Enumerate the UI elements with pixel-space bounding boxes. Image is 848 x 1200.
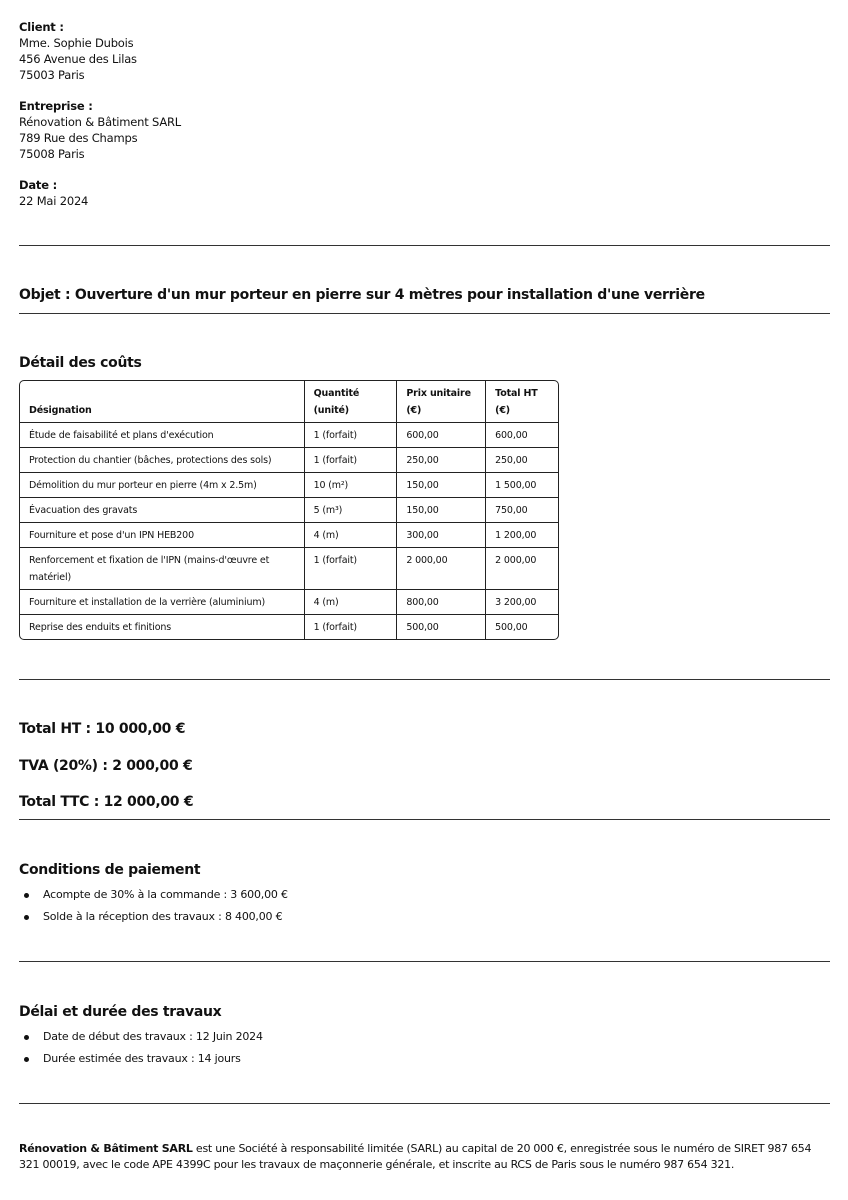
cell-total-ht: 1 200,00 [486,523,558,548]
client-label: Client : [19,19,137,35]
cell-total-ht: 750,00 [486,498,558,523]
client-address: 456 Avenue des Lilas [19,51,137,67]
cell-quantite: 1 (forfait) [305,448,398,473]
cell-prix-unitaire: 800,00 [397,590,486,615]
footer-company-name: Rénovation & Bâtiment SARL [19,1142,193,1155]
list-item: Acompte de 30% à la commande : 3 600,00 … [19,884,288,906]
cell-prix-unitaire: 150,00 [397,473,486,498]
costs-title: Détail des coûts [19,354,142,372]
header-quantite: Quantité (unité) [305,381,398,423]
cell-prix-unitaire: 300,00 [397,523,486,548]
total-ht: Total HT : 10 000,00 € [19,720,185,738]
client-block: Client : Mme. Sophie Dubois 456 Avenue d… [19,19,137,83]
cell-designation: Protection du chantier (bâches, protecti… [20,448,305,473]
cell-prix-unitaire: 150,00 [397,498,486,523]
table-row: Démolition du mur porteur en pierre (4m … [20,473,558,498]
list-item: Durée estimée des travaux : 14 jours [19,1048,263,1070]
company-block: Entreprise : Rénovation & Bâtiment SARL … [19,98,181,162]
cell-quantite: 1 (forfait) [305,423,398,448]
cell-prix-unitaire: 2 000,00 [397,548,486,590]
divider [19,313,830,314]
cell-designation: Fourniture et installation de la verrièr… [20,590,305,615]
company-label: Entreprise : [19,98,181,114]
divider [19,819,830,820]
divider [19,679,830,680]
cell-designation: Évacuation des gravats [20,498,305,523]
table-row: Reprise des enduits et finitions1 (forfa… [20,615,558,639]
cell-total-ht: 600,00 [486,423,558,448]
cell-quantite: 10 (m²) [305,473,398,498]
cell-total-ht: 3 200,00 [486,590,558,615]
cell-quantite: 1 (forfait) [305,548,398,590]
cost-table: Désignation Quantité (unité) Prix unitai… [19,380,559,640]
cell-total-ht: 250,00 [486,448,558,473]
total-tva: TVA (20%) : 2 000,00 € [19,757,192,775]
cell-designation: Reprise des enduits et finitions [20,615,305,639]
cell-quantite: 1 (forfait) [305,615,398,639]
date-block: Date : 22 Mai 2024 [19,177,88,209]
table-row: Évacuation des gravats5 (m³)150,00750,00 [20,498,558,523]
quote-subject: Objet : Ouverture d'un mur porteur en pi… [19,286,705,304]
client-city: 75003 Paris [19,67,137,83]
cell-designation: Démolition du mur porteur en pierre (4m … [20,473,305,498]
cell-prix-unitaire: 250,00 [397,448,486,473]
bullet-icon [24,1035,29,1040]
date-value: 22 Mai 2024 [19,193,88,209]
cell-total-ht: 1 500,00 [486,473,558,498]
cell-prix-unitaire: 500,00 [397,615,486,639]
payment-list: Acompte de 30% à la commande : 3 600,00 … [19,884,288,928]
legal-footer: Rénovation & Bâtiment SARL est une Socié… [19,1141,830,1173]
list-item: Solde à la réception des travaux : 8 400… [19,906,288,928]
schedule-title: Délai et durée des travaux [19,1003,221,1021]
bullet-icon [24,915,29,920]
company-name: Rénovation & Bâtiment SARL [19,114,181,130]
cell-designation: Renforcement et fixation de l'IPN (mains… [20,548,305,590]
cell-prix-unitaire: 600,00 [397,423,486,448]
list-item: Date de début des travaux : 12 Juin 2024 [19,1026,263,1048]
cell-quantite: 4 (m) [305,523,398,548]
company-address: 789 Rue des Champs [19,130,181,146]
divider [19,961,830,962]
header-total-ht: Total HT (€) [486,381,558,423]
table-row: Fourniture et installation de la verrièr… [20,590,558,615]
table-row: Renforcement et fixation de l'IPN (mains… [20,548,558,590]
table-row: Protection du chantier (bâches, protecti… [20,448,558,473]
cell-total-ht: 2 000,00 [486,548,558,590]
table-row: Étude de faisabilité et plans d'exécutio… [20,423,558,448]
cell-quantite: 4 (m) [305,590,398,615]
divider [19,1103,830,1104]
cell-designation: Étude de faisabilité et plans d'exécutio… [20,423,305,448]
header-prix-unitaire: Prix unitaire (€) [397,381,486,423]
cell-quantite: 5 (m³) [305,498,398,523]
cell-total-ht: 500,00 [486,615,558,639]
cell-designation: Fourniture et pose d'un IPN HEB200 [20,523,305,548]
table-header-row: Désignation Quantité (unité) Prix unitai… [20,381,558,423]
bullet-icon [24,1057,29,1062]
schedule-list: Date de début des travaux : 12 Juin 2024… [19,1026,263,1070]
client-name: Mme. Sophie Dubois [19,35,137,51]
header-designation: Désignation [20,381,305,423]
company-city: 75008 Paris [19,146,181,162]
payment-title: Conditions de paiement [19,861,200,879]
bullet-icon [24,893,29,898]
date-label: Date : [19,177,88,193]
table-row: Fourniture et pose d'un IPN HEB2004 (m)3… [20,523,558,548]
total-ttc: Total TTC : 12 000,00 € [19,793,193,811]
divider [19,245,830,246]
